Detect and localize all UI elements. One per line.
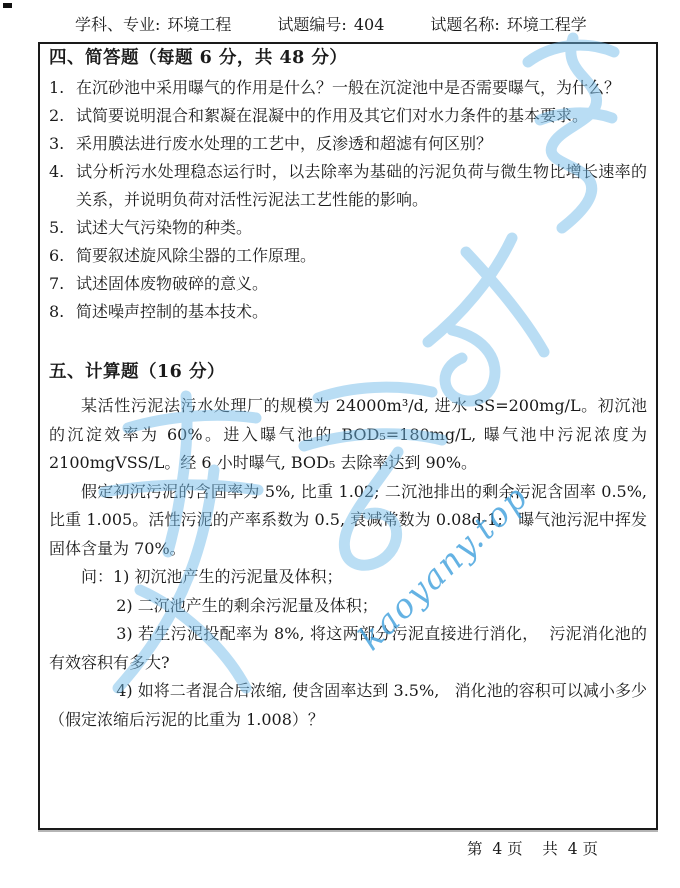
sub-question: 4) 如将二者混合后浓缩, 使含固率达到 3.5%, 消化池的容积可以减小多少（… xyxy=(49,677,647,734)
short-answer-question-list: 1. 在沉砂池中采用曝气的作用是什么？一般在沉淀池中是否需要曝气，为什么？ 2.… xyxy=(49,74,647,326)
sub-question: 问：1) 初沉池产生的污泥量及体积； xyxy=(49,563,647,592)
question-number: 3. xyxy=(49,130,76,158)
question-item: 1. 在沉砂池中采用曝气的作用是什么？一般在沉淀池中是否需要曝气，为什么？ xyxy=(49,74,647,102)
problem-paragraph: 假定初沉污泥的含固率为 5%, 比重 1.02; 二沉池排出的剩余污泥含固率 0… xyxy=(49,478,647,564)
question-number: 1. xyxy=(49,74,76,102)
subject-label: 学科、专业: xyxy=(75,14,160,36)
question-item: 6. 简要叙述旋风除尘器的工作原理。 xyxy=(49,242,647,270)
question-text: 在沉砂池中采用曝气的作用是什么？一般在沉淀池中是否需要曝气，为什么？ xyxy=(76,74,647,102)
question-text: 简述噪声控制的基本技术。 xyxy=(76,298,647,326)
question-text: 试述大气污染物的种类。 xyxy=(76,214,647,242)
question-item: 2. 试简要说明混合和絮凝在混凝中的作用及其它们对水力条件的基本要求。 xyxy=(49,102,647,130)
question-item: 4. 试分析污水处理稳态运行时，以去除率为基础的污泥负荷与微生物比增长速率的关系… xyxy=(49,158,647,214)
section4-title: 四、简答题（每题 6 分，共 48 分） xyxy=(49,46,647,71)
page-number-indicator: 第 4 页 共 4 页 xyxy=(467,837,598,859)
exam-name-field: 试题名称: 环境工程学 xyxy=(430,14,586,36)
question-number: 6. xyxy=(49,242,76,270)
question-text: 采用膜法进行废水处理的工艺中，反渗透和超滤有何区别？ xyxy=(76,130,647,158)
question-number: 5. xyxy=(49,214,76,242)
question-item: 7. 试述固体废物破碎的意义。 xyxy=(49,270,647,298)
question-text: 试分析污水处理稳态运行时，以去除率为基础的污泥负荷与微生物比增长速率的关系，并说… xyxy=(76,158,647,214)
scan-artifact xyxy=(3,3,12,8)
problem-paragraph: 某活性污泥法污水处理厂的规模为 24000m³/d, 进水 SS=200mg/L… xyxy=(49,392,647,478)
question-number: 2. xyxy=(49,102,76,130)
exam-number-label: 试题编号: xyxy=(277,14,346,36)
question-number: 4. xyxy=(49,158,76,214)
question-item: 3. 采用膜法进行废水处理的工艺中，反渗透和超滤有何区别？ xyxy=(49,130,647,158)
question-text: 试述固体废物破碎的意义。 xyxy=(76,270,647,298)
exam-name-label: 试题名称: xyxy=(430,14,499,36)
question-text: 试简要说明混合和絮凝在混凝中的作用及其它们对水力条件的基本要求。 xyxy=(76,102,647,130)
section5-title: 五、计算题（16 分） xyxy=(49,360,647,385)
subject-field: 学科、专业: 环境工程 xyxy=(75,14,231,36)
exam-number-value: 404 xyxy=(354,14,385,36)
question-number: 8. xyxy=(49,298,76,326)
subject-value: 环境工程 xyxy=(167,14,231,36)
exam-name-value: 环境工程学 xyxy=(507,14,587,36)
question-item: 5. 试述大气污染物的种类。 xyxy=(49,214,647,242)
exam-header: 学科、专业: 环境工程 试题编号: 404 试题名称: 环境工程学 xyxy=(75,14,650,36)
sub-question: 2) 二沉池产生的剩余污泥量及体积； xyxy=(49,592,647,621)
question-number: 7. xyxy=(49,270,76,298)
content-box: 四、简答题（每题 6 分，共 48 分） 1. 在沉砂池中采用曝气的作用是什么？… xyxy=(38,42,658,830)
question-text: 简要叙述旋风除尘器的工作原理。 xyxy=(76,242,647,270)
sub-question: 3) 若生污泥投配率为 8%, 将这两部分污泥直接进行消化， 污泥消化池的有效容… xyxy=(49,620,647,677)
question-item: 8. 简述噪声控制的基本技术。 xyxy=(49,298,647,326)
exam-number-field: 试题编号: 404 xyxy=(277,14,384,36)
